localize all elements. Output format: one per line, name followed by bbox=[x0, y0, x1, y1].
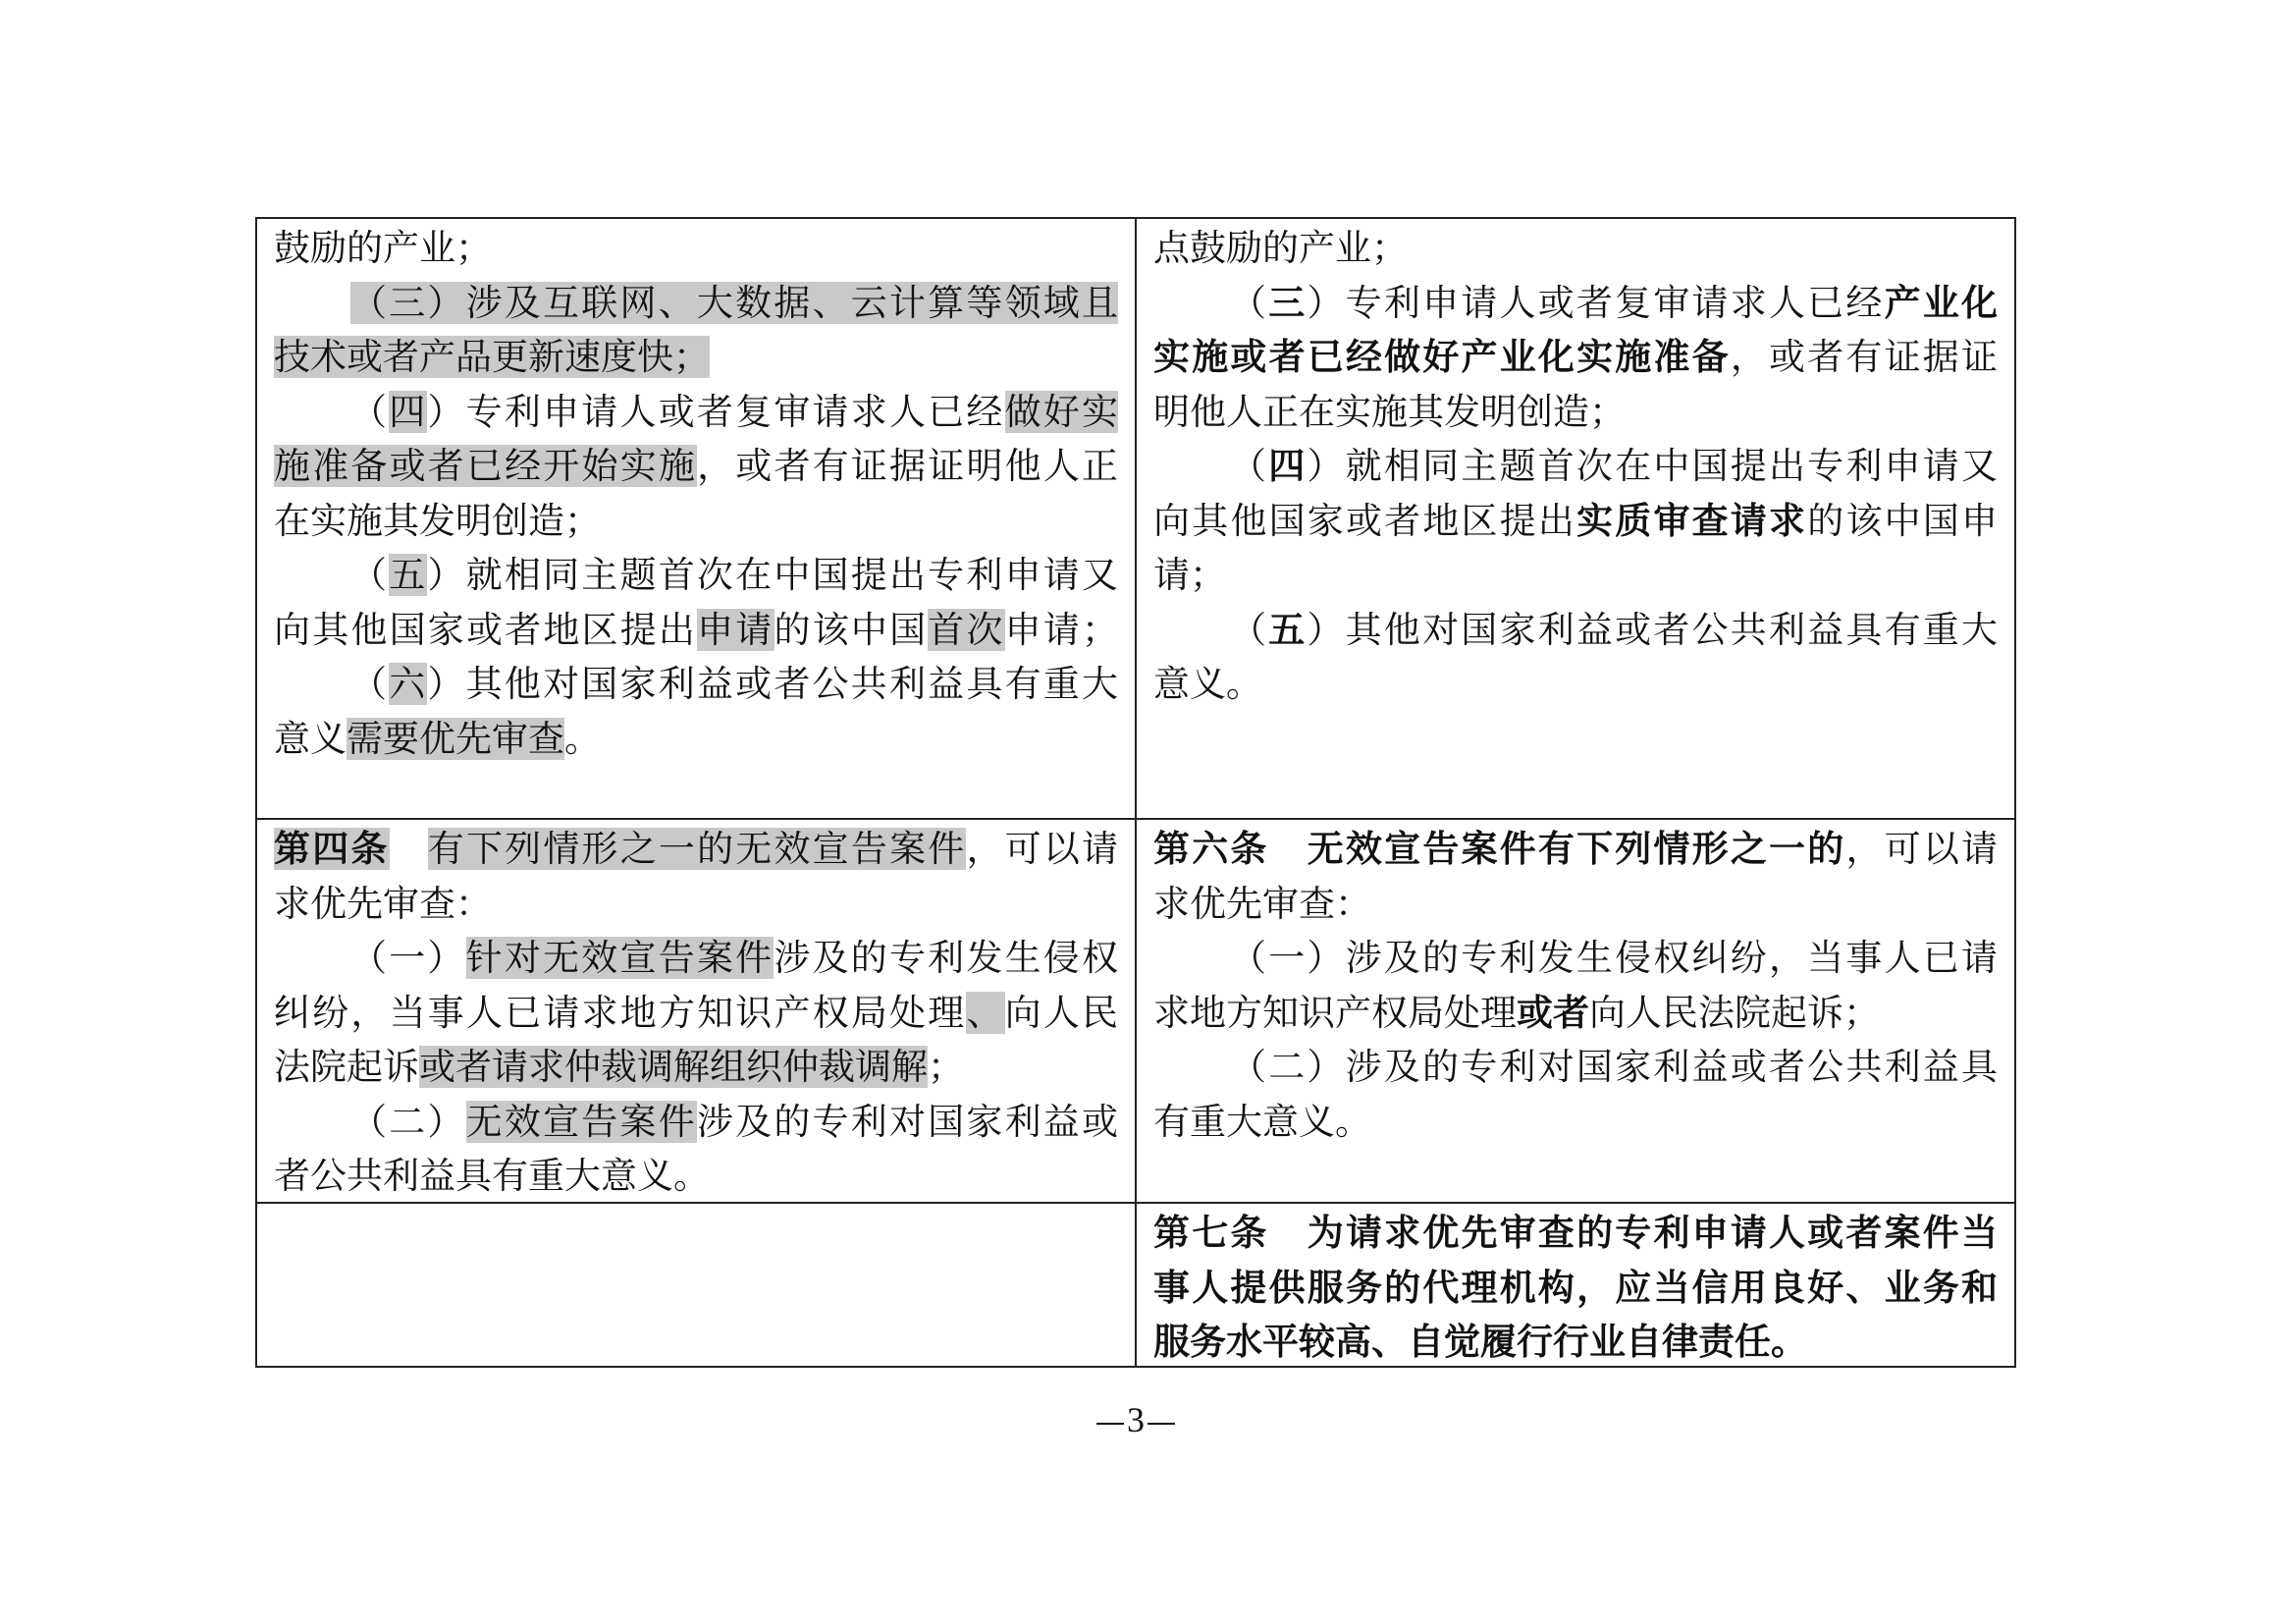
cell-revised-text: 第七条 为请求优先审查的专利申请人或者案件当事人提供服务的代理机构，应当信用良好… bbox=[1137, 1204, 2014, 1366]
text-run: 的该中国申 bbox=[1807, 500, 1998, 542]
bold-text: 五 bbox=[1268, 609, 1307, 651]
text-line: 第六条 无效宣告案件有下列情形之一的，可以请 bbox=[1153, 822, 1998, 877]
text-line: 者公共利益具有重大意义。 bbox=[274, 1149, 1118, 1204]
text-run: 请； bbox=[1153, 554, 1226, 596]
text-run: （ bbox=[1230, 445, 1268, 487]
highlighted-text: 针对无效宣告案件 bbox=[466, 937, 774, 979]
text-line: （四）专利申请人或者复审请求人已经做好实 bbox=[274, 385, 1118, 440]
text-line: （三）涉及互联网、大数据、云计算等领域且 bbox=[274, 276, 1118, 331]
text-run: （二） bbox=[350, 1101, 466, 1143]
highlighted-text: 技术或者产品更新速度快； bbox=[274, 336, 710, 378]
text-line: 意义需要优先审查。 bbox=[274, 712, 1118, 767]
text-run: 涉及的专利对国家利益或 bbox=[697, 1101, 1118, 1143]
highlighted-text: 首次 bbox=[928, 609, 1004, 651]
text-line: 事人提供服务的代理机构，应当信用良好、业务和 bbox=[1153, 1261, 1998, 1316]
text-run: 意义。 bbox=[1153, 663, 1262, 705]
highlighted-text: 需要优先审查 bbox=[347, 718, 564, 760]
text-run: 申请； bbox=[1005, 609, 1118, 651]
text-run: 求优先审查： bbox=[274, 883, 492, 925]
text-run: （ bbox=[1230, 282, 1268, 324]
text-line: 向其他国家或者地区提出申请的该中国首次申请； bbox=[274, 603, 1118, 658]
text-run: 向其他国家或者地区提出 bbox=[1153, 500, 1576, 542]
text-run: ）就相同主题首次在中国提出专利申请又 bbox=[1307, 445, 1998, 487]
text-run: ）其他对国家利益或者公共利益具有重大 bbox=[427, 663, 1118, 705]
highlighted-text: 、 bbox=[966, 992, 1004, 1034]
bold-text: 实施或者已经做好产业化实施准备 bbox=[1153, 336, 1731, 378]
text-line: 明他人正在实施其发明创造； bbox=[1153, 385, 1998, 440]
text-run: ）专利申请人或者复审请求人已经 bbox=[1307, 282, 1884, 324]
text-run bbox=[390, 828, 428, 870]
table-row: 第七条 为请求优先审查的专利申请人或者案件当事人提供服务的代理机构，应当信用良好… bbox=[257, 1204, 2014, 1366]
text-run: ，可以请 bbox=[966, 828, 1118, 870]
text-run: ，或者有证据证明他人正 bbox=[697, 445, 1118, 487]
page-number-value: 3 bbox=[1127, 1400, 1145, 1439]
text-line: （一）涉及的专利发生侵权纠纷，当事人已请 bbox=[1153, 931, 1998, 986]
text-line: 求优先审查： bbox=[274, 877, 1118, 932]
text-line: （五）就相同主题首次在中国提出专利申请又 bbox=[274, 548, 1118, 603]
text-run: 的该中国 bbox=[774, 609, 929, 651]
text-line: 纠纷，当事人已请求地方知识产权局处理、向人民 bbox=[274, 986, 1118, 1041]
text-line: （二）涉及的专利对国家利益或者公共利益具 bbox=[1153, 1040, 1998, 1095]
text-run: 意义 bbox=[274, 718, 347, 760]
highlighted-text: 五 bbox=[389, 554, 427, 596]
text-run: 求地方知识产权局处理 bbox=[1153, 992, 1517, 1034]
text-run: 鼓励的产业； bbox=[274, 227, 492, 269]
bold-text: 服务水平较高、自觉履行行业自律责任。 bbox=[1153, 1321, 1807, 1363]
bold-text: 或者 bbox=[1517, 992, 1589, 1034]
highlighted-text: 施准备或者已经开始实施 bbox=[274, 445, 697, 487]
highlighted-text: 四 bbox=[389, 391, 427, 433]
text-line: 有重大意义。 bbox=[1153, 1095, 1998, 1150]
bold-text: 产业化 bbox=[1885, 282, 1998, 324]
highlighted-text: 申请 bbox=[697, 609, 774, 651]
document-page: 鼓励的产业；（三）涉及互联网、大数据、云计算等领域且技术或者产品更新速度快；（四… bbox=[0, 0, 2296, 1624]
cell-original-text-empty bbox=[257, 1204, 1137, 1366]
text-line: 第七条 为请求优先审查的专利申请人或者案件当 bbox=[1153, 1206, 1998, 1261]
text-line: 第四条 有下列情形之一的无效宣告案件，可以请 bbox=[274, 822, 1118, 877]
highlighted-text: 做好实 bbox=[1005, 391, 1118, 433]
text-run: （ bbox=[350, 391, 389, 433]
bold-text: 第六条 无效宣告案件有下列情形之一的 bbox=[1153, 828, 1845, 870]
text-line: 技术或者产品更新速度快； bbox=[274, 330, 1118, 385]
text-line: 向其他国家或者地区提出实质审查请求的该中国申 bbox=[1153, 494, 1998, 549]
cell-original-text: 鼓励的产业；（三）涉及互联网、大数据、云计算等领域且技术或者产品更新速度快；（四… bbox=[257, 219, 1137, 818]
dash-left bbox=[1096, 1423, 1124, 1425]
dash-right bbox=[1148, 1423, 1175, 1425]
bold-text: 三 bbox=[1268, 282, 1307, 324]
text-run: （ bbox=[350, 554, 389, 596]
text-run: ）其他对国家利益或者公共利益具有重大 bbox=[1307, 609, 1998, 651]
text-line: 意义。 bbox=[1153, 657, 1998, 712]
text-line: 实施或者已经做好产业化实施准备，或者有证据证 bbox=[1153, 330, 1998, 385]
bold-text: 第七条 为请求优先审查的专利申请人或者案件当 bbox=[1153, 1212, 1998, 1254]
text-run: 在实施其发明创造； bbox=[274, 500, 601, 542]
text-run: 明他人正在实施其发明创造； bbox=[1153, 391, 1626, 433]
bold-text: 事人提供服务的代理机构，应当信用良好、业务和 bbox=[1153, 1267, 1998, 1309]
comparison-table: 鼓励的产业；（三）涉及互联网、大数据、云计算等领域且技术或者产品更新速度快；（四… bbox=[255, 217, 2016, 1368]
text-run: 向人民 bbox=[1005, 992, 1118, 1034]
text-run: ； bbox=[928, 1046, 964, 1088]
text-line: 求优先审查： bbox=[1153, 877, 1998, 932]
page-number: 3 bbox=[1087, 1399, 1185, 1440]
text-run: （ bbox=[350, 663, 389, 705]
text-line: （五）其他对国家利益或者公共利益具有重大 bbox=[1153, 603, 1998, 658]
text-run: 向其他国家或者地区提出 bbox=[274, 609, 697, 651]
text-line: 施准备或者已经开始实施，或者有证据证明他人正 bbox=[274, 439, 1118, 494]
text-line: 鼓励的产业； bbox=[274, 221, 1118, 276]
table-row: 第四条 有下列情形之一的无效宣告案件，可以请求优先审查：（一）针对无效宣告案件涉… bbox=[257, 820, 2014, 1204]
table-row: 鼓励的产业；（三）涉及互联网、大数据、云计算等领域且技术或者产品更新速度快；（四… bbox=[257, 219, 2014, 820]
highlighted-text: 有下列情形之一的无效宣告案件 bbox=[428, 828, 967, 870]
text-line: 点鼓励的产业； bbox=[1153, 221, 1998, 276]
text-run: 法院起诉 bbox=[274, 1046, 419, 1088]
text-line: （四）就相同主题首次在中国提出专利申请又 bbox=[1153, 439, 1998, 494]
text-line: 在实施其发明创造； bbox=[274, 494, 1118, 549]
text-run: 向人民法院起诉； bbox=[1589, 992, 1880, 1034]
text-run: （ bbox=[1230, 609, 1268, 651]
bold-text: 实质审查请求 bbox=[1576, 500, 1807, 542]
text-line: 法院起诉或者请求仲裁调解组织仲裁调解； bbox=[274, 1040, 1118, 1095]
highlighted-text: 或者请求仲裁调解组织仲裁调解 bbox=[419, 1046, 928, 1088]
text-run: 求优先审查： bbox=[1153, 883, 1371, 925]
highlighted-text: （三）涉及互联网、大数据、云计算等领域且 bbox=[350, 282, 1118, 324]
text-run: 有重大意义。 bbox=[1153, 1101, 1371, 1143]
text-line: 服务水平较高、自觉履行行业自律责任。 bbox=[1153, 1315, 1998, 1370]
cell-original-text: 第四条 有下列情形之一的无效宣告案件，可以请求优先审查：（一）针对无效宣告案件涉… bbox=[257, 820, 1137, 1202]
text-run: 涉及的专利发生侵权 bbox=[774, 937, 1118, 979]
highlighted-text: 六 bbox=[389, 663, 427, 705]
text-line: （六）其他对国家利益或者公共利益具有重大 bbox=[274, 657, 1118, 712]
text-line: 请； bbox=[1153, 548, 1998, 603]
highlighted-text: 第四条 bbox=[274, 828, 390, 870]
text-line: 求地方知识产权局处理或者向人民法院起诉； bbox=[1153, 986, 1998, 1041]
text-run: 纠纷，当事人已请求地方知识产权局处理 bbox=[274, 992, 966, 1034]
text-run: （二）涉及的专利对国家利益或者公共利益具 bbox=[1230, 1046, 1998, 1088]
bold-text: 四 bbox=[1268, 445, 1307, 487]
text-line: （三）专利申请人或者复审请求人已经产业化 bbox=[1153, 276, 1998, 331]
text-run: 。 bbox=[564, 718, 601, 760]
text-run: ，或者有证据证 bbox=[1731, 336, 1998, 378]
cell-revised-text: 第六条 无效宣告案件有下列情形之一的，可以请求优先审查：（一）涉及的专利发生侵权… bbox=[1137, 820, 2014, 1202]
text-line: （一）针对无效宣告案件涉及的专利发生侵权 bbox=[274, 931, 1118, 986]
text-line: （二）无效宣告案件涉及的专利对国家利益或 bbox=[274, 1095, 1118, 1150]
text-run: （一）涉及的专利发生侵权纠纷，当事人已请 bbox=[1230, 937, 1998, 979]
text-run: 点鼓励的产业； bbox=[1153, 227, 1408, 269]
text-run: ，可以请 bbox=[1845, 828, 1998, 870]
text-run: ）就相同主题首次在中国提出专利申请又 bbox=[427, 554, 1118, 596]
text-run: ）专利申请人或者复审请求人已经 bbox=[427, 391, 1004, 433]
text-run: （一） bbox=[350, 937, 466, 979]
highlighted-text: 无效宣告案件 bbox=[466, 1101, 697, 1143]
text-run: 者公共利益具有重大意义。 bbox=[274, 1155, 710, 1197]
cell-revised-text: 点鼓励的产业；（三）专利申请人或者复审请求人已经产业化实施或者已经做好产业化实施… bbox=[1137, 219, 2014, 818]
